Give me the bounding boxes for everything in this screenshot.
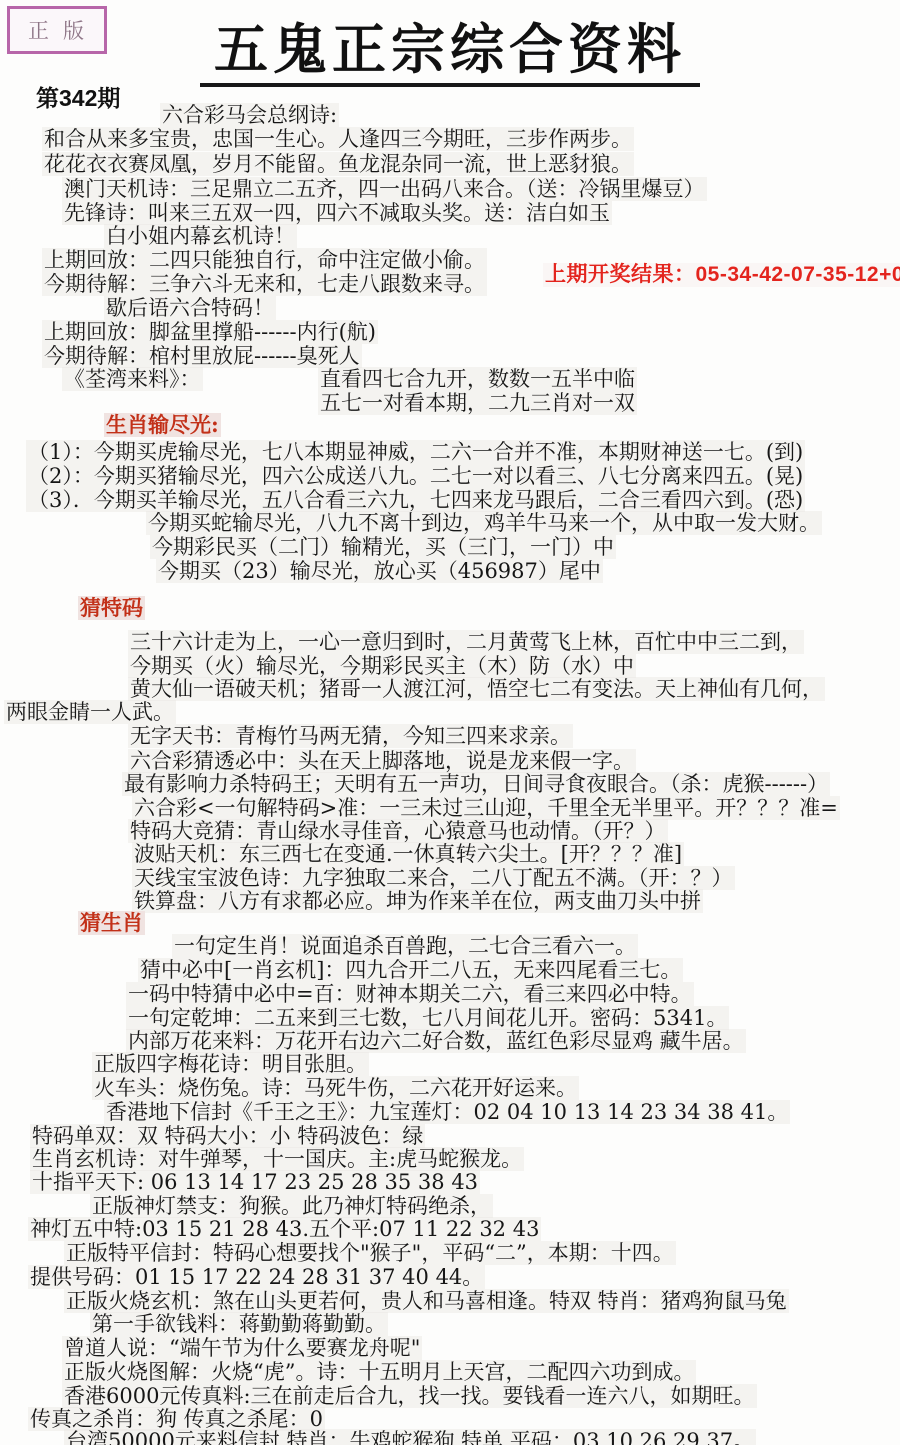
text-line: 天线宝宝波色诗：九字独取二来合，二八丁配五不满。（开：？） [132,866,735,890]
text-line: 十指平天下: 06 13 14 17 23 25 28 35 38 43 [30,1170,480,1194]
text-line: 歇后语六合特码！ [104,296,276,320]
text-line: 《荃湾来料》： [62,367,203,391]
text-line: 台湾50000元来料信封 特肖：牛鸡蛇猴狗 特单 平码：03 10 26 29 … [64,1429,756,1445]
text-line: （1）：今期买虎输尽光，七八本期显神威，二六一合并不准，本期财神送一七。(到) [26,440,805,464]
text-line: 黄大仙一语破天机；猪哥一人渡江河，悟空七二有变法。天上神仙有几何， [128,677,825,701]
text-line: 今期买蛇输尽光，八九不离十到边，鸡羊牛马来一个，从中取一发大财。 [146,511,822,535]
text-line: 一句定乾坤：二五来到三七数，七八月间花儿开。密码：5341。 [126,1006,729,1030]
text-line: 三十六计走为上，一心一意归到时，二月黄莺飞上林，百忙中中三二到， [128,630,804,654]
text-line: 今期买（23）输尽光，放心买（456987）尾中 [156,559,603,583]
section-header: 猜特码 [78,596,145,620]
page-title: 五鬼正宗综合资料 [200,20,700,87]
text-line: 提供号码：01 15 17 22 24 28 31 37 40 44。 [28,1265,485,1289]
text-line: 波贴天机：东三西七在变通.一休真转六尖土。[开？？？准] [132,842,684,866]
text-line: 澳门天机诗：三足鼎立二五齐，四一出码八来合。（送：冷锅里爆豆） [62,177,707,201]
text-line: 两眼金睛一人武。 [4,700,176,724]
text-line: 猜中必中[一肖玄机]：四九合开二八五，无来四尾看三七。 [138,958,683,982]
text-line: 第一手欲钱料：蒋勤勤蒋勤勤。 [90,1312,388,1336]
genuine-stamp: 正版 [7,6,107,54]
text-line: 特码大竞猜：青山绿水寻佳音，心猿意马也动情。（开？） [128,819,668,843]
text-line: 正版神灯禁支：狗猴。此乃神灯特码绝杀， [90,1194,493,1218]
last-draw-result: 上期开奖结果：05-34-42-07-35-12+06 [543,263,900,287]
text-line: 今期待解：三争六斗无来和，七走八跟数来寻。 [42,272,487,296]
text-line: 正版火烧玄机：煞在山头更若何，贵人和马喜相逢。特双 特肖：猪鸡狗鼠马兔 [64,1289,789,1313]
lottery-info-sheet: 正版 五鬼正宗综合资料 第342期 六合彩马会总纲诗:和合从来多宝贵，忠国一生心… [0,0,900,1445]
text-line: 无字天书：青梅竹马两无猜，今知三四来求亲。 [128,724,573,748]
text-line: 特码单双：双 特码大小：小 特码波色：绿 [30,1124,425,1148]
issue-number: 第342期 [36,80,120,113]
text-line: （2）：今期买猪输尽光，四六公成送八九。二七一对以看三、八七分离来四五。(晃) [26,464,805,488]
text-line: 六合彩猜透必中：头在天上脚落地，说是龙来假一字。 [128,749,636,773]
text-line: 六合彩<一句解特码>准：一三未过三山迎，千里全无半里平。开？？？准= [132,796,840,820]
section-header: 猜生肖 [78,911,145,935]
text-line: 正版火烧图解：火烧“虎”。诗：十五明月上天宫，二配四六功到成。 [62,1360,696,1384]
text-line: 和合从来多宝贵，忠国一生心。人逢四三今期旺，三步作两步。 [42,127,634,151]
text-line: 正版四字梅花诗：明目张胆。 [92,1052,369,1076]
text-line: 火车头：烧伤兔。诗：马死牛伤，二六花开好运来。 [92,1076,579,1100]
text-line: 上期回放：脚盆里撑船------内行(航) [42,320,378,344]
text-line: 最有影响力杀特码王；天明有五一声功，日间寻食夜眼合。（杀：虎猴------） [122,772,830,796]
text-line: 一句定生肖！说面追杀百兽跑，二七合三看六一。 [172,934,638,958]
text-line: 先锋诗：叫来三五双一四，四六不减取头奖。送：洁白如玉 [62,201,612,225]
text-line: 今期买（火）输尽光，今期彩民买主（木）防（水）中 [128,654,636,678]
text-line: 今期彩民买（二门）输精光，买（三门，一门）中 [150,535,616,559]
text-line: 生肖玄机诗：对牛弹琴，十一国庆。主:虎马蛇猴龙。 [30,1147,524,1171]
section-header: 生肖输尽光: [104,413,221,437]
text-line: 花花衣衣赛凤凰，岁月不能留。鱼龙混杂同一流，世上恶豺狼。 [42,152,634,176]
text-line: 香港6000元传真料:三在前走后合九，找一找。要钱看一连六八，如期旺。 [62,1384,757,1408]
text-line: 香港地下信封《千王之王》：九宝莲灯：02 04 10 13 14 23 34 3… [104,1100,790,1124]
text-line: 上期回放：二四只能独自行，命中注定做小偷。 [42,248,487,272]
text-line: 一码中特猜中必中=百：财神本期关二六，看三来四必中特。 [126,982,694,1006]
text-line: 铁算盘：八方有求都必应。坤为作来羊在位，两支曲刀头中拼 [132,889,703,913]
text-line: 六合彩马会总纲诗: [160,103,339,127]
text-line: 正版特平信封：特码心想要找个"猴子"，平码“二”，本期：十四。 [64,1241,676,1265]
text-line: 今期待解：棺村里放屁------臭死人 [42,344,362,368]
text-line: （3）．今期买羊输尽光，五八合看三六九，七四来龙马跟后，二合三看四六到。(恐) [26,488,805,512]
text-line: 神灯五中特:03 15 21 28 43.五个平:07 11 22 32 43 [28,1217,541,1241]
text-line: 传真之杀肖：狗 传真之杀尾：0 [28,1407,325,1431]
text-line: 直看四七合九开，数数一五半中临 [318,367,637,391]
text-line: 五七一对看本期，二九三肖对一双 [318,391,637,415]
text-line: 曾道人说：“端午节为什么要赛龙舟呢" [62,1336,422,1360]
text-line: 白小姐内幕玄机诗！ [104,224,297,248]
text-line: 内部万花来料：万花开右边六二好合数，蓝红色彩尽显鸡 藏牛居。 [126,1029,746,1053]
